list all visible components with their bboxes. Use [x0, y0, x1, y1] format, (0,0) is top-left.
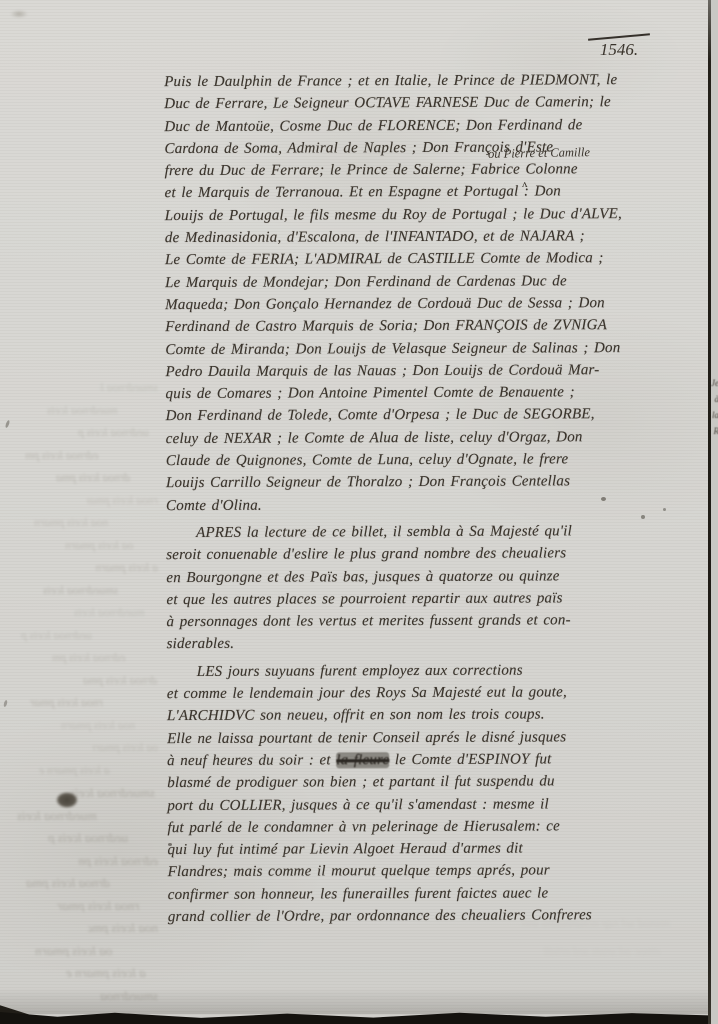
manuscript-line: frere du Duc de Ferrare; le Prince de Sa…: [165, 158, 667, 182]
edge-text-fragment: Je: [711, 378, 718, 388]
manuscript-page-scan: smuedrnoa lceismuedrnoa lceis uedrnoa lc…: [0, 0, 718, 1024]
manuscript-line: Louijs de Portugal, le fils mesme du Roy…: [165, 203, 667, 227]
page-number: 1546.: [588, 36, 650, 60]
manuscript-line: confirmer son honneur, les funerailles f…: [168, 882, 670, 906]
show-through-line: noa lceis pmarn: [34, 517, 158, 529]
show-through-line: muedrnoa lceis: [47, 405, 158, 417]
line-segment: à neuf heures du soir : et: [167, 752, 336, 769]
edge-text-fragment: à: [715, 394, 718, 404]
manuscript-line: APRES la lecture de ce billet, il sembla…: [166, 520, 668, 544]
manuscript-line: celuy de NEXAR ; le Comte de Alua de lis…: [166, 426, 668, 450]
show-through-line: oa lceis pmarn: [35, 945, 158, 957]
show-through-line: oa lceis pmarn: [92, 742, 158, 754]
manuscript-line: et comme le lendemain jour des Roys Sa M…: [167, 681, 669, 705]
manuscript-line: LES jours suyuans furent employez aux co…: [167, 659, 669, 683]
page-edge-right: [708, 0, 711, 1024]
show-through-bottom-2: etnoc ud sram sed eriall: [380, 944, 660, 959]
manuscript-line: Ferdinand de Castro Marquis de Soria; Do…: [165, 314, 667, 338]
show-through-line: uedrnoa lceis p: [78, 427, 158, 439]
line-segment: le Comte d'ESPINOY fut: [389, 751, 551, 768]
show-through-line: a lceis pmarn e: [39, 765, 158, 777]
ink-speck: [168, 843, 172, 846]
show-through-line: uedrnoa lceis p: [48, 832, 158, 844]
manuscript-line: quis de Comares ; Don Antoine Pimentel C…: [165, 381, 667, 405]
manuscript-line: Duc de Mantoüe, Cosme Duc de FLORENCE; D…: [164, 114, 666, 138]
manuscript-line: en Bourgongne et des Païs bas, jusques à…: [166, 564, 668, 588]
show-through-line: drnoa lceis pma: [26, 877, 158, 889]
ink-speck: [663, 508, 666, 511]
corner-smudge: [6, 8, 32, 20]
show-through-line: rnoa lceis pmar: [87, 495, 158, 507]
next-page-sliver: JeàlaR: [711, 0, 718, 1024]
paragraph: Puis le Daulphin de France ; et en Itali…: [164, 69, 668, 517]
paragraph: APRES la lecture de ce billet, il sembla…: [166, 520, 669, 656]
insertion-caret: ʌ: [522, 178, 528, 190]
manuscript-line: siderables.: [167, 631, 669, 655]
manuscript-line: et le Marquis de Terranoua. Et en Espagn…: [165, 180, 667, 204]
ink-speck: [601, 497, 606, 501]
manuscript-line: Pedro Dauila Marquis de las Nauas ; Don …: [165, 359, 667, 383]
show-through-line: a lceis pmarn e: [96, 562, 158, 574]
manuscript-line: à neuf heures du soir : et la fleure le …: [167, 748, 669, 772]
manuscript-line: port du COLLIER, jusques à ce qu'il s'am…: [167, 792, 669, 816]
manuscript-line: à personnages dont les vertus et merites…: [166, 609, 668, 633]
show-through-line: edrnoa lceis pm: [52, 652, 158, 664]
edge-text-fragment: la: [712, 410, 718, 420]
show-through-left: smuedrnoa lceismuedrnoa lceis uedrnoa lc…: [4, 382, 158, 1012]
edge-text-fragment: R: [714, 426, 718, 436]
struck-out-text: la fleure: [336, 752, 389, 768]
manuscript-text: Puis le Daulphin de France ; et en Itali…: [164, 69, 670, 928]
manuscript-line: Le Comte de FERIA; L'ADMIRAL de CASTILLE…: [165, 247, 667, 271]
manuscript-line: Duc de Ferrare, Le Seigneur OCTAVE FARNE…: [164, 91, 666, 115]
ink-speck: [641, 515, 645, 519]
manuscript-line: grand collier de l'Ordre, par ordonnance…: [168, 904, 670, 928]
manuscript-line: fut parlé de le condamner à vn pelerinag…: [167, 815, 669, 839]
show-through-line: drnoa lceis pma: [83, 675, 158, 687]
show-through-line: smuedrnoa lceis: [100, 382, 158, 394]
manuscript-line: Cardona de Soma, Admiral de Naples ; Don…: [164, 136, 666, 160]
manuscript-line: seroit conuenable d'eslire le plus grand…: [166, 542, 668, 566]
manuscript-line: qui luy fut intimé par Lievin Algoet Her…: [167, 837, 669, 861]
page-edge-shadow: [0, 988, 718, 1014]
manuscript-line: de Medinasidonia, d'Escalona, de l'INFAN…: [165, 225, 667, 249]
show-through-line: rnoa lceis pmar: [30, 697, 158, 709]
manuscript-line: blasmé de prodiguer son bien ; et partan…: [167, 770, 669, 794]
show-through-line: noa lceis pmarn: [61, 720, 158, 732]
show-through-line: smuedrnoa lceis: [70, 787, 158, 799]
show-through-line: muedrnoa lceis: [17, 810, 158, 822]
manuscript-line: Claude de Quignones, Comte de Luna, celu…: [166, 448, 668, 472]
page-number-text: 1546.: [600, 40, 638, 59]
show-through-line: drnoa lceis pma: [56, 472, 158, 484]
ink-blot: [52, 789, 82, 811]
manuscript-line: et que les autres places se pourroient r…: [166, 587, 668, 611]
manuscript-line: Louijs Carrillo Seigneur de Thoralzo ; D…: [166, 470, 668, 494]
manuscript-line: Don Ferdinand de Tolede, Comte d'Orpesa …: [166, 403, 668, 427]
show-through-line: edrnoa lceis pm: [79, 855, 158, 867]
paragraph: LES jours suyuans furent employez aux co…: [167, 659, 670, 929]
show-through-line: a lceis pmarn e: [66, 967, 158, 979]
show-through-line: rnoa lceis pmar: [57, 900, 158, 912]
manuscript-line: Comte d'Olina.: [166, 493, 668, 517]
manuscript-line: Maqueda; Don Gonçalo Hernandez de Cordou…: [165, 292, 667, 316]
manuscript-line: Flandres; mais comme il mourut quelque t…: [168, 859, 670, 883]
manuscript-line: Puis le Daulphin de France ; et en Itali…: [164, 69, 666, 93]
show-through-line: edrnoa lceis pm: [25, 450, 158, 462]
show-through-line: smuedrnoa lceis: [43, 585, 158, 597]
manuscript-line: L'ARCHIDVC son neueu, offrit en son nom …: [167, 703, 669, 727]
interlinear-note: ou Pierre et Camille: [488, 145, 590, 162]
show-through-line: oa lceis pmarn: [65, 540, 158, 552]
show-through-line: noa lceis pmarn: [88, 922, 158, 934]
show-through-line: muedrnoa lceis: [74, 607, 158, 619]
manuscript-line: Comte de Miranda; Don Louijs de Velasque…: [165, 336, 667, 360]
manuscript-line: Elle ne laissa pourtant de tenir Conseil…: [167, 726, 669, 750]
show-through-line: uedrnoa lceis p: [21, 630, 158, 642]
manuscript-line: Le Marquis de Mondejar; Don Ferdinand de…: [165, 270, 667, 294]
